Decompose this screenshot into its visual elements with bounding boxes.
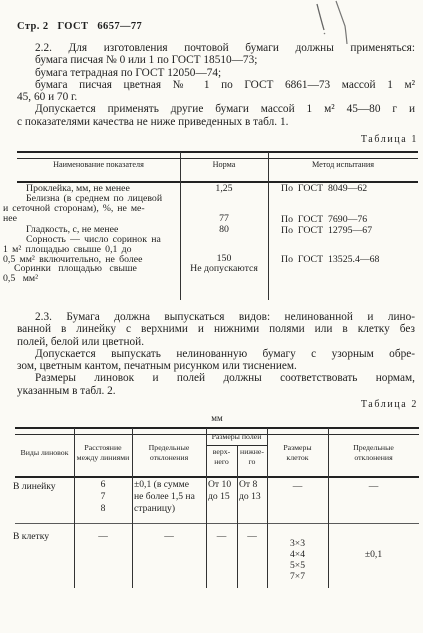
table2-row-cells-tolerance: ±0,1 bbox=[328, 549, 419, 561]
table2-row-cells-tolerance: — bbox=[328, 481, 419, 493]
paragraph-line: Допускается выпускать нелинованную бумаг… bbox=[17, 348, 415, 360]
table1-row-norm: 80 bbox=[180, 225, 268, 235]
paragraph-line: указанным в табл. 2. bbox=[17, 385, 415, 397]
paragraph-line: полей, белой или цветной. bbox=[17, 336, 415, 348]
table2-row-cells: 3×3 4×4 5×5 7×7 bbox=[267, 538, 328, 582]
table2-col-header-spacing: Расстояние между линиями bbox=[74, 443, 132, 462]
table1-col-header-name: Наименование показателя bbox=[17, 160, 180, 169]
table2-col-header-kind: Виды линовок bbox=[15, 448, 74, 458]
section-2-3: 2.3. Бумага должна выпускаться видов: не… bbox=[17, 311, 415, 397]
table2-col-header-cells: Размеры клеток bbox=[267, 443, 328, 462]
paragraph-line: ванной в линейку с верхними и нижними по… bbox=[17, 323, 415, 335]
table2-row-field-top: От 10 до 15 bbox=[208, 479, 237, 503]
table1-row-norm: 77 bbox=[180, 214, 268, 224]
table2-col-header-fields-group: Размеры полей bbox=[206, 432, 267, 442]
paragraph-line: 2.2. Для изготовления почтовой бумаги до… bbox=[17, 42, 415, 54]
table1-row-method: По ГОСТ 12795—67 bbox=[281, 226, 372, 236]
table2-row-kind: В линейку bbox=[13, 481, 73, 493]
paragraph-line: зом, цветным кантом, печатным рисунком и… bbox=[17, 360, 415, 372]
table2-row-spacing: 6 7 8 bbox=[74, 479, 132, 515]
table2-col-header-cells-tolerance: Предельные отклонения bbox=[328, 443, 419, 462]
standard-number: 6657—77 bbox=[97, 21, 142, 32]
table2-header-rule bbox=[15, 476, 419, 478]
scanned-gost-page: Стр. 2 ГОСТ 6657—77 2.2. Для изготовлени… bbox=[0, 0, 423, 633]
table2-row-cells: — bbox=[267, 481, 328, 493]
table2-unit-label: мм bbox=[15, 413, 419, 423]
table2-row-tolerance: — bbox=[132, 531, 206, 543]
page-header: Стр. 2 ГОСТ 6657—77 bbox=[17, 21, 142, 32]
paragraph-line: Размеры линовок и полей должны соответст… bbox=[17, 372, 415, 384]
paragraph-line: бумага писчая цветная № 1 по ГОСТ 6861—7… bbox=[17, 79, 415, 91]
table2-col-header-field-bottom: нижне- го bbox=[237, 447, 267, 466]
table2-col-header-field-top: верх- него bbox=[206, 447, 237, 466]
table2-row-field-bottom: — bbox=[237, 531, 267, 543]
table1-col-header-norm: Норма bbox=[180, 160, 268, 169]
table2-row-field-bottom: От 8 до 13 bbox=[239, 479, 267, 503]
table1-row-name: Белизна (в среднем по лицевой и сеточной… bbox=[3, 194, 177, 224]
table1-top-rule bbox=[17, 151, 418, 159]
table2-col-header-tolerance: Предельные отклонения bbox=[132, 443, 206, 462]
paragraph-line: бумага тетрадная по ГОСТ 12050—74; bbox=[17, 67, 415, 79]
table2-caption: Таблица 2 bbox=[218, 399, 418, 410]
table2-row-tolerance: ±0,1 (в сумме не более 1,5 на страницу) bbox=[134, 479, 206, 515]
table2-row-spacing: — bbox=[74, 531, 132, 543]
table2-row-kind: В клетку bbox=[13, 531, 73, 543]
paragraph-line: 45, 60 и 70 г. bbox=[17, 91, 415, 103]
table1-column-divider bbox=[268, 152, 269, 300]
paragraph-line: 2.3. Бумага должна выпускаться видов: не… bbox=[17, 311, 415, 323]
standard-label: ГОСТ bbox=[57, 21, 88, 32]
table2-row-field-top: — bbox=[206, 531, 237, 543]
table1-row-norm: Не допускаются bbox=[180, 264, 268, 274]
section-2-2: 2.2. Для изготовления почтовой бумаги до… bbox=[17, 42, 415, 128]
paragraph-line: с показателями качества не ниже приведен… bbox=[17, 116, 415, 128]
table1-row-method: По ГОСТ 7690—76 bbox=[281, 215, 367, 225]
table1-row-method: По ГОСТ 13525.4—68 bbox=[281, 255, 379, 265]
table2-row-divider bbox=[15, 523, 419, 524]
table1-row-name: Соринки площадью свыше 0,5 мм² bbox=[3, 264, 177, 284]
table1-row-name: Сорность — число соринок на 1 м² площадь… bbox=[3, 235, 177, 265]
table1-caption: Таблица 1 bbox=[218, 134, 418, 145]
table1-col-header-method: Метод испытания bbox=[268, 160, 418, 169]
page-number-label: Стр. 2 bbox=[17, 21, 48, 32]
table1-row-norm: 1,25 bbox=[180, 184, 268, 194]
table2-subcolumn-divider bbox=[237, 446, 238, 588]
paragraph-line: бумага писчая № 0 или 1 по ГОСТ 18510—73… bbox=[17, 54, 415, 66]
paragraph-line: Допускается применять другие бумаги масс… bbox=[17, 103, 415, 115]
table1-row-method: По ГОСТ 8049—62 bbox=[281, 184, 367, 194]
